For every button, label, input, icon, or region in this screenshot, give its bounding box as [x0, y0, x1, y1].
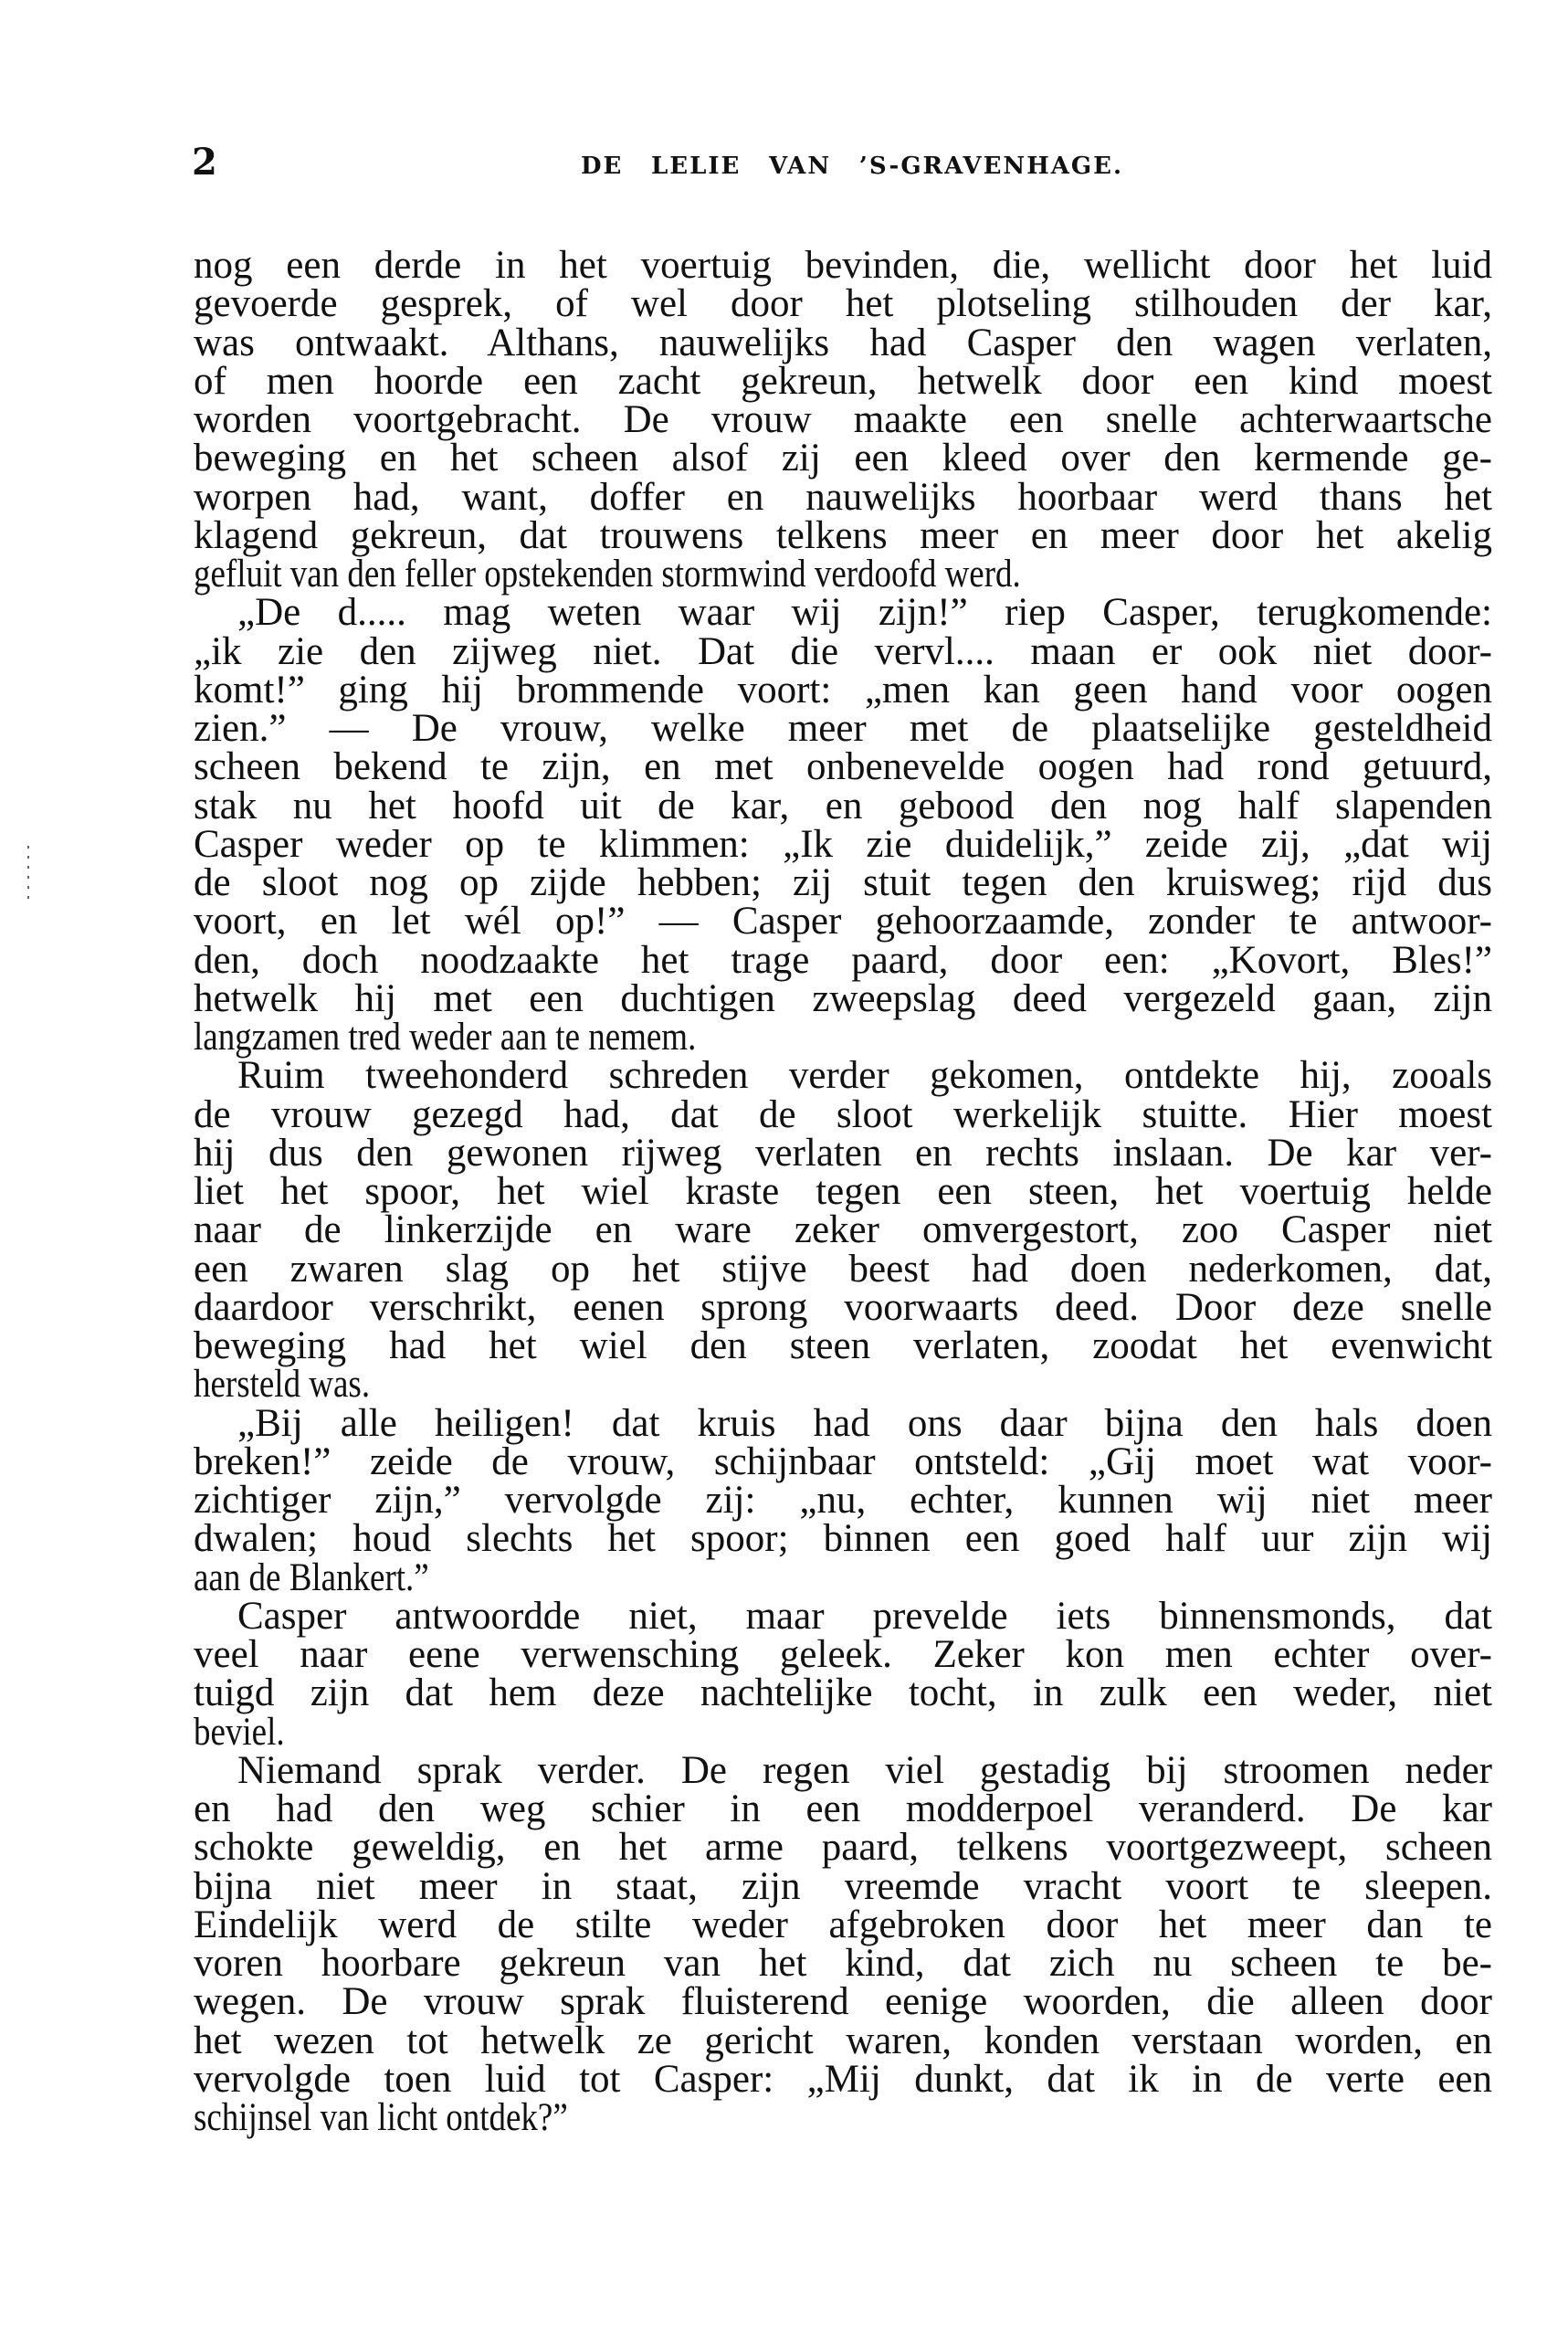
text-line: een zwaren slag op het stijve beest had …: [194, 1250, 1492, 1289]
text-line: hersteld was.: [194, 1365, 371, 1404]
text-line: de sloot nog op zijde hebben; zij stuit …: [194, 864, 1492, 902]
text-line: nog een derde in het voertuig bevinden, …: [194, 247, 1492, 285]
scan-artifact-mark: [27, 846, 29, 904]
text-line: worden voortgebracht. De vrouw maakte ee…: [194, 401, 1492, 439]
paragraph: „De d..... mag weten waar wij zijn!” rie…: [194, 594, 1492, 1057]
text-line: hetwelk hij met een duchtigen zweepslag …: [194, 980, 1492, 1018]
text-line: was ontwaakt. Althans, nauwelijks had Ca…: [194, 324, 1492, 363]
text-line: Niemand sprak verder. De regen viel gest…: [194, 1752, 1492, 1790]
text-line: breken!” zeide de vrouw, schijnbaar onts…: [194, 1443, 1492, 1481]
text-line: het wezen tot hetwelk ze gericht waren, …: [194, 2022, 1492, 2061]
text-line: gevoerde gesprek, of wel door het plotse…: [194, 285, 1492, 323]
text-line: Ruim tweehonderd schreden verder gekomen…: [194, 1057, 1492, 1095]
text-line: Casper weder op te klimmen: „Ik zie duid…: [194, 826, 1492, 864]
text-line: „ik zie den zijweg niet. Dat die vervl..…: [194, 633, 1492, 671]
text-line: Casper antwoordde niet, maar prevelde ie…: [194, 1597, 1492, 1636]
text-line: tuigd zijn dat hem deze nachtelijke toch…: [194, 1674, 1492, 1713]
page-number: 2: [192, 142, 217, 183]
text-line: schijnsel van licht ontdek?”: [194, 2099, 567, 2137]
text-line: beweging had het wiel den steen verlaten…: [194, 1327, 1492, 1365]
text-line: Eindelijk werd de stilte weder afgebroke…: [194, 1906, 1492, 1945]
text-line: de vrouw gezegd had, dat de sloot werkel…: [194, 1096, 1492, 1134]
text-line: wegen. De vrouw sprak fluisterend eenige…: [194, 1983, 1492, 2021]
text-line: den, doch noodzaakte het trage paard, do…: [194, 942, 1492, 980]
text-line: worpen had, want, doffer en nauwelijks h…: [194, 479, 1492, 517]
paragraph: Casper antwoordde niet, maar prevelde ie…: [194, 1597, 1492, 1752]
text-line: voren hoorbare gekreun van het kind, dat…: [194, 1945, 1492, 1983]
text-line: beweging en het scheen alsof zij een kle…: [194, 439, 1492, 478]
text-line: daardoor verschrikt, eenen sprong voorwa…: [194, 1289, 1492, 1327]
text-line: klagend gekreun, dat trouwens telkens me…: [194, 517, 1492, 555]
text-line: dwalen; houd slechts het spoor; binnen e…: [194, 1520, 1492, 1558]
text-line: zien.” — De vrouw, welke meer met de pla…: [194, 710, 1492, 748]
text-line: en had den weg schier in een modderpoel …: [194, 1790, 1492, 1829]
text-line: beviel.: [194, 1713, 285, 1752]
running-title: DE LELIE VAN ’S-GRAVENHAGE.: [581, 152, 1123, 181]
text-line: langzamen tred weder aan te nemem.: [194, 1018, 696, 1057]
text-line: schokte geweldig, en het arme paard, tel…: [194, 1829, 1492, 1867]
text-line: zichtiger zijn,” vervolgde zij: „nu, ech…: [194, 1481, 1492, 1520]
text-line: aan de Blankert.”: [194, 1559, 429, 1597]
paragraph: „Bij alle heiligen! dat kruis had ons da…: [194, 1405, 1492, 1597]
text-line: scheen bekend te zijn, en met onbeneveld…: [194, 748, 1492, 786]
text-line: stak nu het hoofd uit de kar, en gebood …: [194, 787, 1492, 826]
text-line: of men hoorde een zacht gekreun, hetwelk…: [194, 363, 1492, 401]
paragraph: nog een derde in het voertuig bevinden, …: [194, 247, 1492, 594]
text-line: veel naar eene verwensching geleek. Zeke…: [194, 1636, 1492, 1674]
body-text: nog een derde in het voertuig bevinden, …: [194, 247, 1492, 2137]
text-line: naar de linkerzijde en ware zeker omverg…: [194, 1211, 1492, 1249]
paragraph: Ruim tweehonderd schreden verder gekomen…: [194, 1057, 1492, 1404]
text-line: hij dus den gewonen rijweg verlaten en r…: [194, 1134, 1492, 1173]
book-page: 2 DE LELIE VAN ’S-GRAVENHAGE. nog een de…: [0, 0, 1568, 2351]
text-line: komt!” ging hij brommende voort: „men ka…: [194, 671, 1492, 710]
text-line: voort, en let wél op!” — Casper gehoorza…: [194, 902, 1492, 941]
text-line: liet het spoor, het wiel kraste tegen ee…: [194, 1173, 1492, 1211]
text-line: „De d..... mag weten waar wij zijn!” rie…: [194, 594, 1492, 632]
text-line: gefluit van den feller opstekenden storm…: [194, 555, 1021, 594]
text-line: vervolgde toen luid tot Casper: „Mij dun…: [194, 2061, 1492, 2099]
text-line: „Bij alle heiligen! dat kruis had ons da…: [194, 1405, 1492, 1443]
paragraph: Niemand sprak verder. De regen viel gest…: [194, 1752, 1492, 2138]
text-line: bijna niet meer in staat, zijn vreemde v…: [194, 1868, 1492, 1906]
